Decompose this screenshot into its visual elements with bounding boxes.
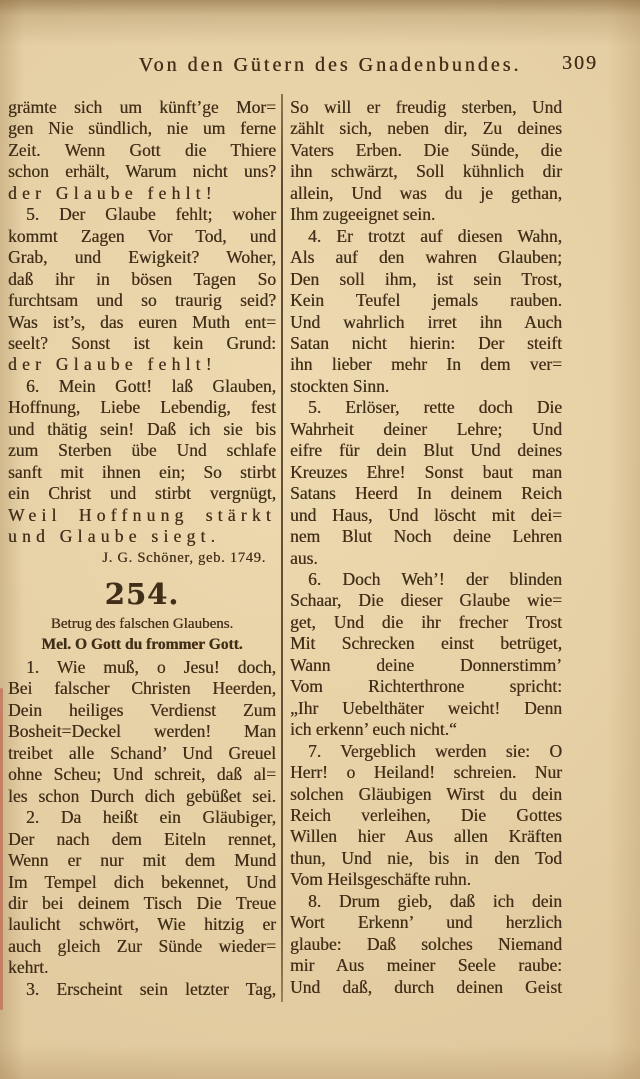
text-line: Was ist’s, das euren Muth ent= bbox=[8, 312, 276, 333]
text-line: get, Und die ihr frecher Trost bbox=[290, 612, 562, 633]
text-line: Wann deine Donnerstimm’ bbox=[290, 655, 562, 676]
verse-start-line: 5. Der Glaube fehlt; woher bbox=[8, 204, 276, 225]
melody-indication: Mel. O Gott du frommer Gott. bbox=[8, 634, 276, 656]
text-line: Schaar, Die dieser Glaube wie= bbox=[290, 590, 562, 611]
text-line: laulicht schwört, Wie hitzig er bbox=[8, 914, 276, 935]
verse-start-line: 2. Da heißt ein Gläubiger, bbox=[8, 807, 276, 828]
text-line: und thätig sein! Daß ich sie bis bbox=[8, 419, 276, 440]
left-column: grämte sich um künft’ge Mor=gen Nie sünd… bbox=[8, 97, 276, 1000]
text-line: Vom Heilsgeschäfte ruhn. bbox=[290, 869, 562, 890]
text-line: Wort Erkenn’ und herzlich bbox=[290, 912, 562, 933]
text-line: kommt Zagen Vor Tod, und bbox=[8, 226, 276, 247]
verse-start-line: 7. Vergeblich werden sie: O bbox=[290, 741, 562, 762]
text-line: „Ihr Uebelthäter weicht! Denn bbox=[290, 698, 562, 719]
text-line: Im Tempel dich bekennet, Und bbox=[8, 872, 276, 893]
verse-start-line: 6. Mein Gott! laß Glauben, bbox=[8, 376, 276, 397]
verse-start-line: 8. Drum gieb, daß ich dein bbox=[290, 891, 562, 912]
text-line: schon erhält, Warum nicht uns? bbox=[8, 161, 276, 182]
text-line: sanft mit ihnen ein; So stirbt bbox=[8, 462, 276, 483]
hymn-title: Betrug des falschen Glaubens. bbox=[8, 614, 276, 634]
text-line: Zeit. Wenn Gott die Thiere bbox=[8, 140, 276, 161]
text-line: und Haus, Und löscht mit dei= bbox=[290, 505, 562, 526]
text-line: ihn schwärzt, Soll kühnlich dir bbox=[290, 161, 562, 182]
text-line: Und daß, durch deinen Geist bbox=[290, 977, 562, 998]
verse-start-line: 5. Erlöser, rette doch Die bbox=[290, 397, 562, 418]
verse-start-line: 6. Doch Weh’! der blinden bbox=[290, 569, 562, 590]
text-line: Satans Heerd In deinem Reich bbox=[290, 483, 562, 504]
text-line: der Glaube fehlt! bbox=[8, 354, 276, 375]
text-line: Grab, und Ewigkeit? Woher, bbox=[8, 247, 276, 268]
text-line: Reich verleihen, Die Gottes bbox=[290, 805, 562, 826]
text-line: thun, Und nie, bis in den Tod bbox=[290, 848, 562, 869]
text-line: Dein heiliges Verdienst Zum bbox=[8, 700, 276, 721]
text-line: daß ihr in bösen Tagen So bbox=[8, 269, 276, 290]
text-line: solchen Gläubigen Wirst du dein bbox=[290, 784, 562, 805]
text-line: Hoffnung, Liebe Lebendig, fest bbox=[8, 397, 276, 418]
text-line: zählt sich, neben dir, Zu deines bbox=[290, 118, 562, 139]
text-line: treibet alle Schand’ Und Greuel bbox=[8, 743, 276, 764]
text-line: dir bei deinem Tisch Die Treue bbox=[8, 893, 276, 914]
text-line: Vaters Erben. Die Sünde, die bbox=[290, 140, 562, 161]
text-line: ein Christ und stirbt vergnügt, bbox=[8, 483, 276, 504]
hymn-number: 254. bbox=[8, 577, 276, 611]
column-divider-rule bbox=[281, 94, 283, 1002]
text-line: Kein Teufel jemals rauben. bbox=[290, 290, 562, 311]
verse-start-line: 3. Erscheint sein letzter Tag, bbox=[8, 979, 276, 1000]
text-line: Willen hier Aus allen Kräften bbox=[290, 826, 562, 847]
right-column: So will er freudig sterben, Undzählt sic… bbox=[290, 97, 562, 998]
text-line: Wenn er nur mit dem Mund bbox=[8, 850, 276, 871]
verse-start-line: 4. Er trotzt auf diesen Wahn, bbox=[290, 226, 562, 247]
text-line: Ihm zugeeignet sein. bbox=[290, 204, 562, 225]
text-line: Satan nicht hierin: Der steift bbox=[290, 333, 562, 354]
text-line: zum Sterben übe Und schlafe bbox=[8, 440, 276, 461]
text-line: furchtsam und so traurig seid? bbox=[8, 290, 276, 311]
text-line: So will er freudig sterben, Und bbox=[290, 97, 562, 118]
text-line: mir Aus meiner Seele raube: bbox=[290, 955, 562, 976]
text-line: nem Blut Noch deine Lehren bbox=[290, 526, 562, 547]
text-line: Kreuzes Ehre! Sonst baut man bbox=[290, 462, 562, 483]
text-line: Wahrheit deiner Lehre; Und bbox=[290, 419, 562, 440]
red-margin-mark bbox=[0, 688, 3, 1010]
running-header: Von den Gütern des Gnadenbundes. bbox=[30, 50, 630, 80]
text-line: kehrt. bbox=[8, 957, 276, 978]
text-line: Vom Richterthrone spricht: bbox=[290, 676, 562, 697]
text-line: ihn lieber mehr In dem ver= bbox=[290, 354, 562, 375]
text-line: les schon Durch dich gebüßet sei. bbox=[8, 786, 276, 807]
text-line: auch gleich Zur Sünde wieder= bbox=[8, 936, 276, 957]
text-line: ohne Scheu; Und schreit, daß al= bbox=[8, 764, 276, 785]
text-line: allein, Und was du je gethan, bbox=[290, 183, 562, 204]
text-line: eifre für dein Blut Und deines bbox=[290, 440, 562, 461]
author-attribution: J. G. Schöner, geb. 1749. bbox=[8, 548, 276, 569]
verse-start-line: 1. Wie muß, o Jesu! doch, bbox=[8, 657, 276, 678]
text-line: Bosheit=Deckel werden! Man bbox=[8, 721, 276, 742]
text-line: der Glaube fehlt! bbox=[8, 183, 276, 204]
text-line: Mit Schrecken einst betrüget, bbox=[290, 633, 562, 654]
text-line: Der nach dem Eiteln rennet, bbox=[8, 829, 276, 850]
text-line: und Glaube siegt. bbox=[8, 526, 276, 547]
page-number: 309 bbox=[562, 52, 598, 75]
scanned-book-page: { "header": { "title": "Von den Gütern d… bbox=[0, 0, 640, 1079]
text-line: stockten Sinn. bbox=[290, 376, 562, 397]
text-line: aus. bbox=[290, 548, 562, 569]
text-line: glaube: Daß solches Niemand bbox=[290, 934, 562, 955]
text-line: grämte sich um künft’ge Mor= bbox=[8, 97, 276, 118]
text-line: ich erkenn’ euch nicht.“ bbox=[290, 719, 562, 740]
text-line: seelt? Sonst ist kein Grund: bbox=[8, 333, 276, 354]
section-title: Von den Gütern des Gnadenbundes. bbox=[139, 54, 522, 76]
text-line: Und wahrlich irret ihn Auch bbox=[290, 312, 562, 333]
text-line: Weil Hoffnung stärkt bbox=[8, 505, 276, 526]
text-line: Den soll ihm, ist sein Trost, bbox=[290, 269, 562, 290]
text-line: gen Nie sündlich, nie um ferne bbox=[8, 118, 276, 139]
text-line: Bei falscher Christen Heerden, bbox=[8, 678, 276, 699]
text-line: Herr! o Heiland! schreien. Nur bbox=[290, 762, 562, 783]
text-line: Als auf den wahren Glauben; bbox=[290, 247, 562, 268]
